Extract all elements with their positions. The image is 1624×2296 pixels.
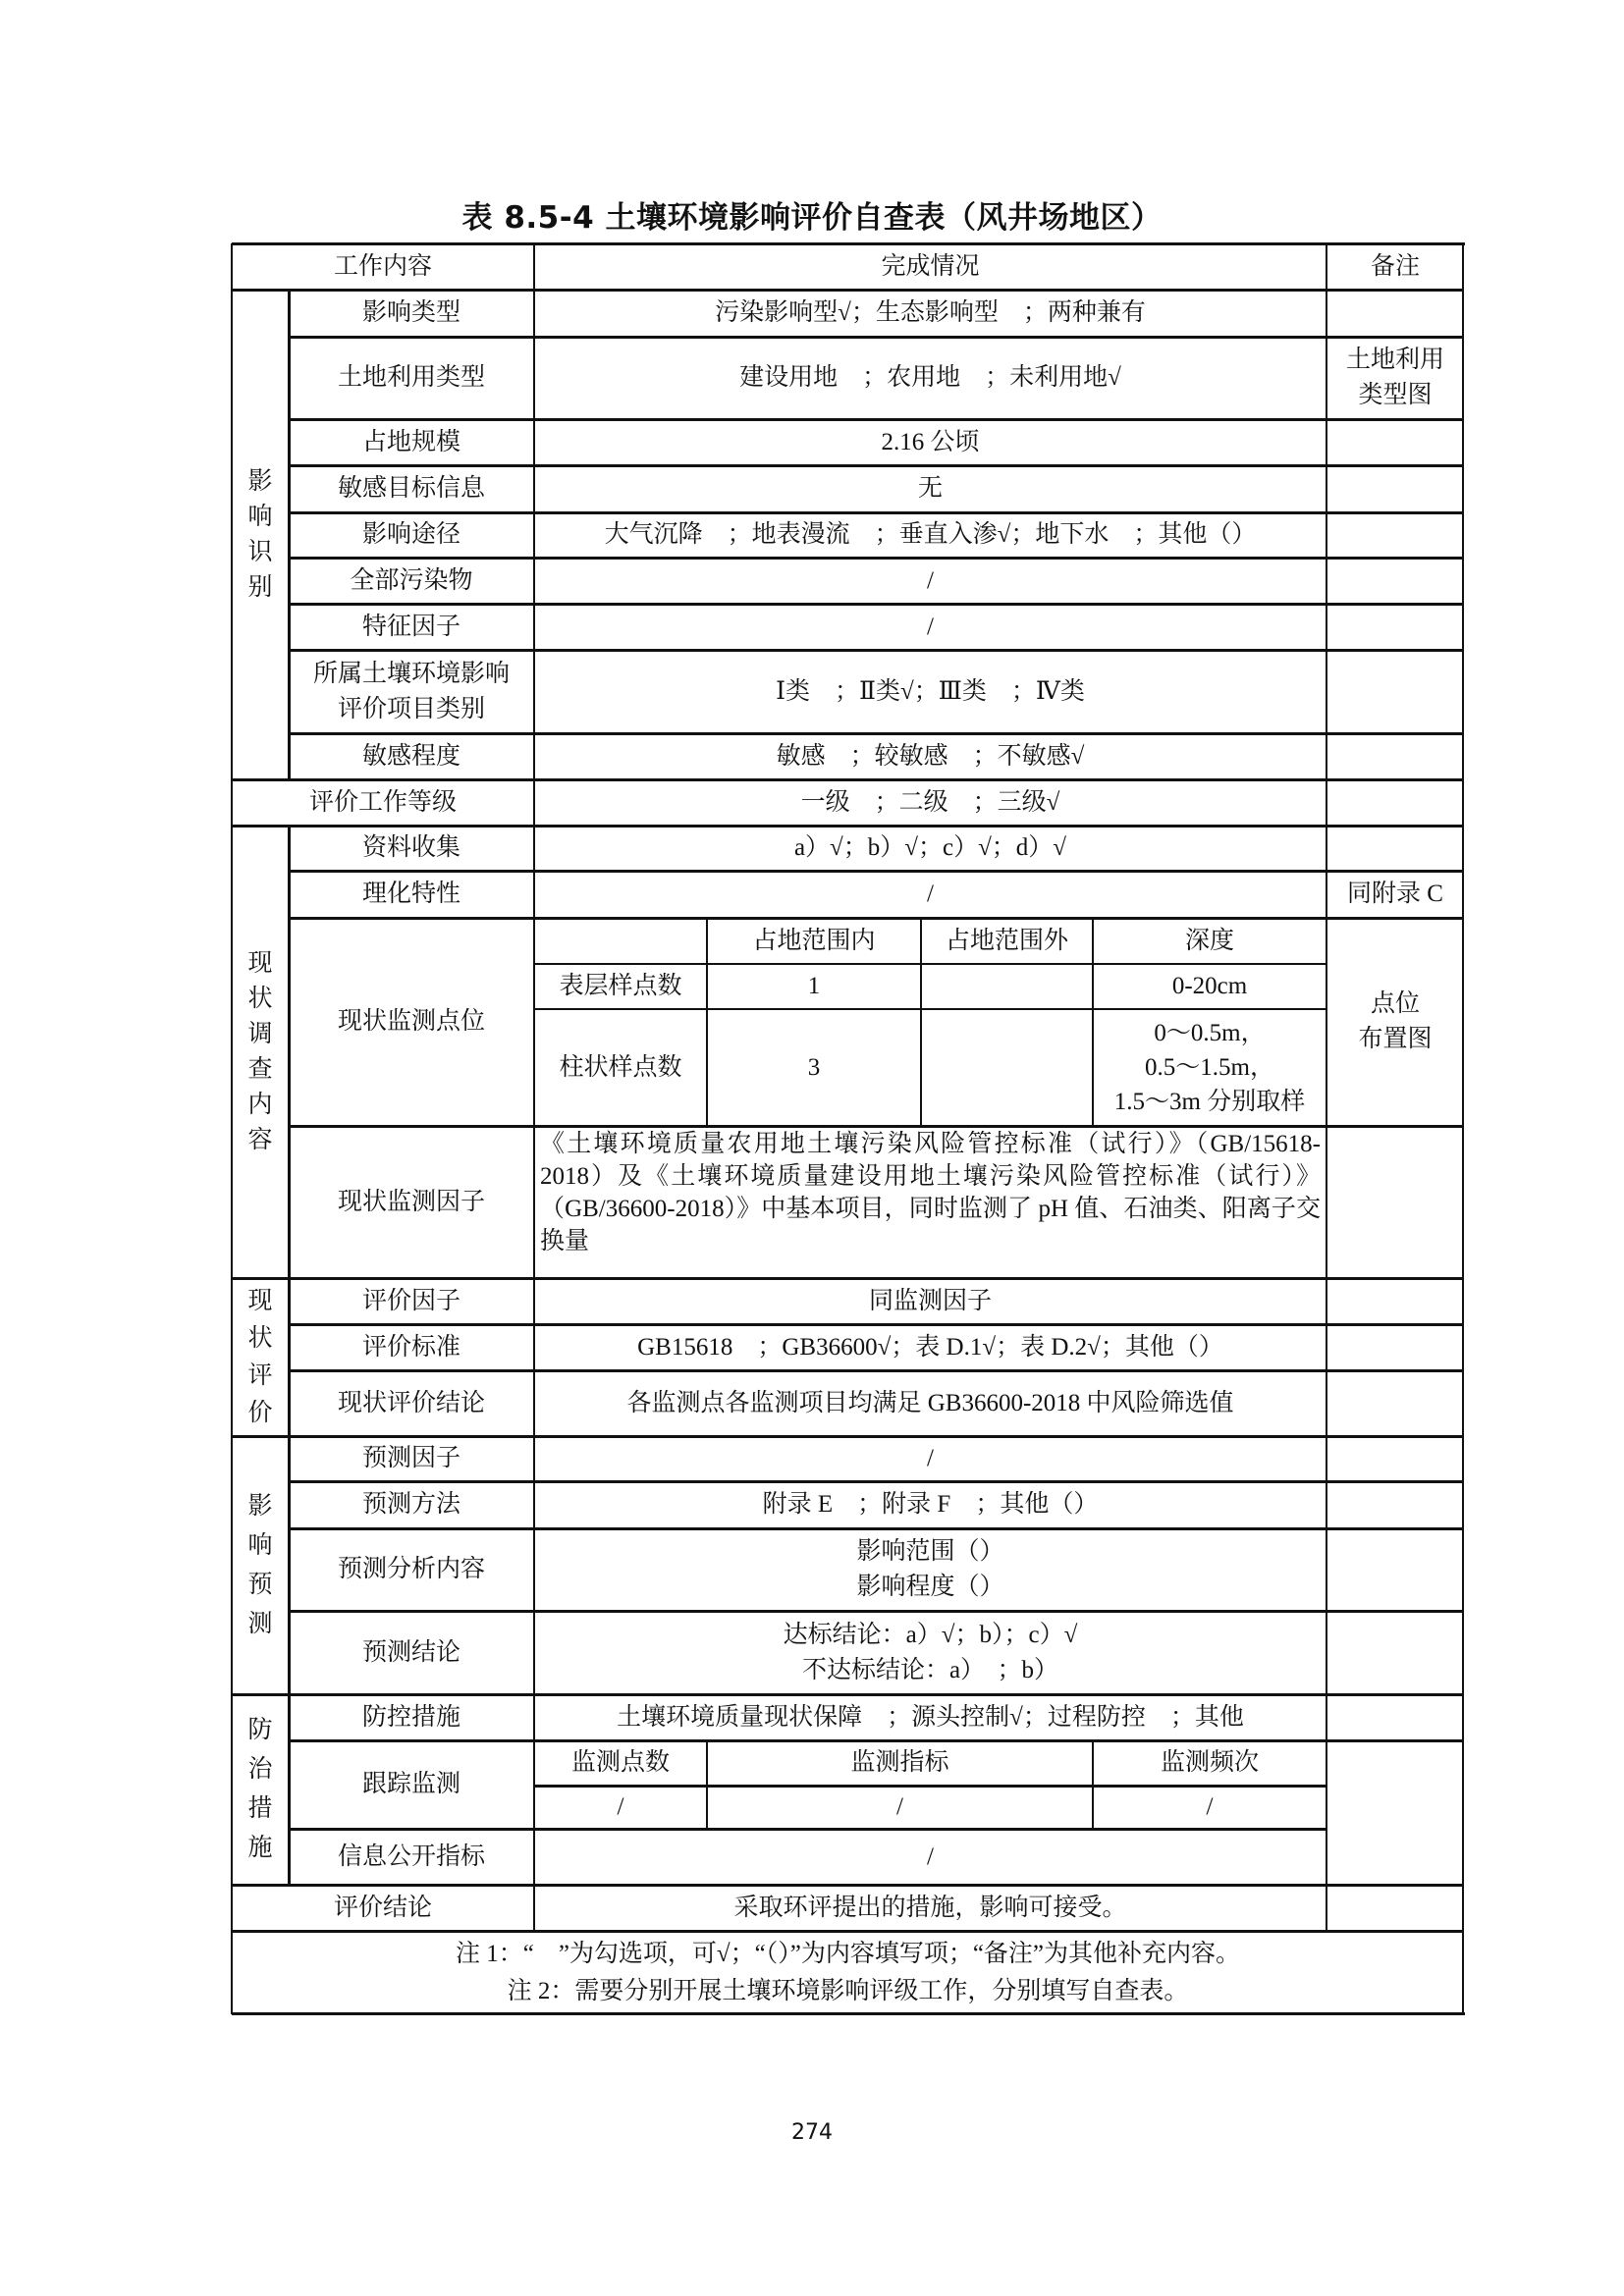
tracking-col-frequency: 监测频次 [1093, 1740, 1326, 1786]
rule [232, 289, 1464, 292]
value-project-category: Ⅰ类 ；Ⅱ类√；Ⅲ类 ；Ⅳ类 [534, 650, 1326, 733]
rule [289, 336, 1464, 339]
rule [232, 778, 1464, 781]
rule [289, 603, 1464, 606]
label-characteristic-factors: 特征因子 [289, 604, 534, 650]
mp-col-depth: 深度 [1093, 918, 1326, 964]
page-number: 274 [0, 2120, 1624, 2145]
value-evaluation-conclusion: 采取环评提出的措施，影响可接受。 [534, 1885, 1326, 1931]
rule [289, 418, 1464, 421]
label-pred-conclusion: 预测结论 [289, 1611, 534, 1694]
value-data-collection: a）√；b）√；c）√；d）√ [534, 826, 1326, 871]
value-pred-method: 附录 E ；附录 F ；其他（） [534, 1481, 1326, 1528]
value-characteristic-factors: / [534, 604, 1326, 650]
rule [288, 826, 291, 1885]
group-status-survey: 现 状 调 查 内 容 [232, 826, 289, 1278]
border-right [1462, 243, 1464, 2014]
label-area: 占地规模 [289, 419, 534, 465]
rule [533, 243, 535, 1931]
rule [289, 1369, 1464, 1372]
rule [1092, 918, 1094, 1126]
header-work-content: 工作内容 [232, 243, 534, 290]
group-status-evaluation: 现 状 评 价 [232, 1278, 289, 1436]
tracking-col-indicators: 监测指标 [707, 1740, 1093, 1786]
rule [289, 1610, 1464, 1613]
value-all-pollutants: / [534, 558, 1326, 604]
border-top [232, 242, 1465, 245]
value-monitoring-factors: 《土壤环境质量农用地土壤污染风险管控标准（试行）》（GB/15618-2018）… [534, 1126, 1326, 1278]
label-work-grade: 评价工作等级 [232, 779, 534, 826]
border-left [231, 243, 233, 2014]
rule [706, 918, 708, 1126]
table-title: 表 8.5-4 土壤环境影响评价自查表（风井场地区） [0, 192, 1624, 237]
value-info-disclosure: / [534, 1829, 1326, 1885]
label-pathway: 影响途径 [289, 512, 534, 558]
label-monitoring-points: 现状监测点位 [289, 918, 534, 1126]
rule [289, 1323, 1464, 1326]
label-eval-factors: 评价因子 [289, 1278, 534, 1324]
rule [706, 1740, 708, 1829]
rule [289, 1739, 1464, 1742]
rule [289, 557, 1464, 560]
mp-surface-depth: 0-20cm [1093, 964, 1326, 1009]
label-control-measures: 防控措施 [289, 1694, 534, 1740]
value-sensitivity: 敏感 ；较敏感 ；不敏感√ [534, 733, 1326, 779]
value-pred-factors: / [534, 1436, 1326, 1481]
label-eval-standard: 评价标准 [289, 1324, 534, 1370]
rule [289, 870, 1464, 873]
rule [232, 1277, 1464, 1280]
label-sensitivity: 敏感程度 [289, 733, 534, 779]
value-land-use: 建设用地 ；农用地 ；未利用地√ [534, 337, 1326, 419]
rule [289, 732, 1464, 735]
remark-physicochemical: 同附录 C [1326, 871, 1464, 918]
rule [289, 649, 1464, 652]
mp-surface-name: 表层样点数 [534, 964, 707, 1009]
rule [232, 1693, 1464, 1696]
header-remarks: 备注 [1326, 243, 1464, 290]
rule [232, 1930, 1464, 1933]
value-control-measures: 土壤环境质量现状保障 ；源头控制√；过程防控 ；其他 [534, 1694, 1326, 1740]
mp-col-inside: 占地范围内 [707, 918, 921, 964]
rule [534, 1785, 1326, 1788]
mp-column-name: 柱状样点数 [534, 1009, 707, 1126]
label-data-collection: 资料收集 [289, 826, 534, 871]
rule [289, 1125, 1464, 1128]
label-sensitive-targets: 敏感目标信息 [289, 465, 534, 512]
rule [920, 918, 922, 1126]
mp-column-depth: 0～0.5m， 0.5～1.5m， 1.5～3m 分别取样 [1093, 1009, 1326, 1126]
value-eval-factors: 同监测因子 [534, 1278, 1326, 1324]
self-check-table: 工作内容 完成情况 备注 影 响 识 别 影响类型 污染影响型√；生态影响型 ；… [232, 243, 1464, 2014]
header-completion: 完成情况 [534, 243, 1326, 290]
label-physicochemical: 理化特性 [289, 871, 534, 918]
mp-col-blank [534, 918, 707, 964]
mp-column-inside: 3 [707, 1009, 921, 1126]
rule [534, 1008, 1326, 1010]
rule [232, 1435, 1464, 1438]
label-pred-factors: 预测因子 [289, 1436, 534, 1481]
rule [289, 917, 1464, 920]
rule [1092, 1740, 1094, 1829]
value-impact-type: 污染影响型√；生态影响型 ；两种兼有 [534, 290, 1326, 337]
label-land-use: 土地利用类型 [289, 337, 534, 419]
rule [289, 464, 1464, 467]
mp-column-outside [921, 1009, 1093, 1126]
note-1: 注 1：“ ”为勾选项，可√；“（）”为内容填写项；“备注”为其他补充内容。 [456, 1936, 1240, 1973]
remark-land-use: 土地利用 类型图 [1326, 337, 1464, 419]
value-work-grade: 一级 ；二级 ；三级√ [534, 779, 1326, 826]
mp-surface-outside [921, 964, 1093, 1009]
label-monitoring-factors: 现状监测因子 [289, 1126, 534, 1278]
border-bottom [232, 2012, 1465, 2015]
rule [289, 511, 1464, 514]
value-status-conclusion: 各监测点各监测项目均满足 GB36600-2018 中风险筛选值 [534, 1370, 1326, 1436]
value-sensitive-targets: 无 [534, 465, 1326, 512]
value-pred-conclusion: 达标结论：a）√；b）；c）√ 不达标结论：a） ；b） [534, 1611, 1326, 1694]
rule [288, 290, 291, 779]
rule [232, 1884, 1464, 1887]
value-pred-content: 影响范围（） 影响程度（） [534, 1528, 1326, 1611]
remark-monitoring-points: 点位 布置图 [1326, 918, 1464, 1126]
group-impact-prediction: 影 响 预 测 [232, 1436, 289, 1694]
note-2: 注 2：需要分别开展土壤环境影响评级工作，分别填写自查表。 [508, 1973, 1189, 2010]
rule [289, 1527, 1464, 1530]
rule [534, 963, 1326, 965]
mp-surface-inside: 1 [707, 964, 921, 1009]
rule [1326, 243, 1327, 1931]
label-pred-method: 预测方法 [289, 1481, 534, 1528]
tracking-val-points: / [534, 1786, 707, 1829]
label-all-pollutants: 全部污染物 [289, 558, 534, 604]
rule [289, 1828, 1326, 1831]
tracking-val-indicators: / [707, 1786, 1093, 1829]
group-impact-identification: 影 响 识 别 [232, 290, 289, 779]
value-physicochemical: / [534, 871, 1326, 918]
label-info-disclosure: 信息公开指标 [289, 1829, 534, 1885]
label-status-conclusion: 现状评价结论 [289, 1370, 534, 1436]
mp-col-outside: 占地范围外 [921, 918, 1093, 964]
label-pred-content: 预测分析内容 [289, 1528, 534, 1611]
label-impact-type: 影响类型 [289, 290, 534, 337]
label-evaluation-conclusion: 评价结论 [232, 1885, 534, 1931]
tracking-col-points: 监测点数 [534, 1740, 707, 1786]
value-area: 2.16 公顷 [534, 419, 1326, 465]
rule [232, 825, 1464, 828]
label-project-category: 所属土壤环境影响 评价项目类别 [289, 650, 534, 733]
table-notes: 注 1：“ ”为勾选项，可√；“（）”为内容填写项；“备注”为其他补充内容。 注… [232, 1931, 1464, 2014]
value-pathway: 大气沉降 ；地表漫流 ；垂直入渗√；地下水 ；其他（） [534, 512, 1326, 558]
value-eval-standard: GB15618 ；GB36600√；表 D.1√；表 D.2√；其他（） [534, 1324, 1326, 1370]
group-prevention: 防 治 措 施 [232, 1694, 289, 1885]
label-tracking: 跟踪监测 [289, 1740, 534, 1829]
rule [289, 1480, 1464, 1483]
tracking-val-frequency: / [1093, 1786, 1326, 1829]
